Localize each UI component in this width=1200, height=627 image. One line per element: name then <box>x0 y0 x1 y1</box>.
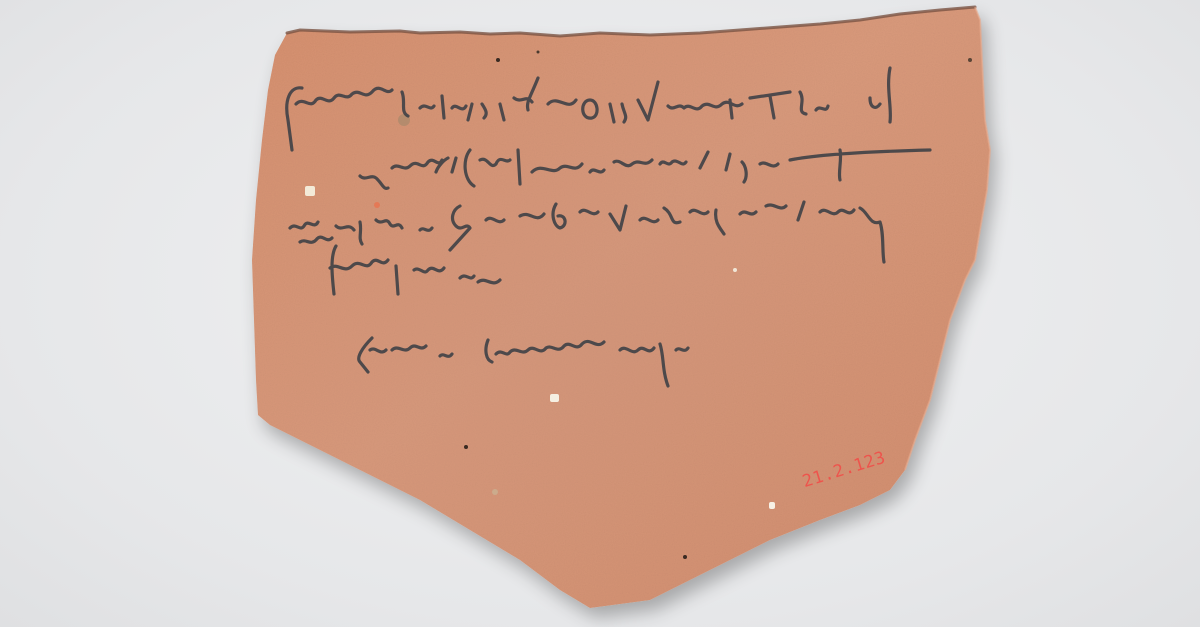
ostracon-sherd <box>0 0 1200 627</box>
